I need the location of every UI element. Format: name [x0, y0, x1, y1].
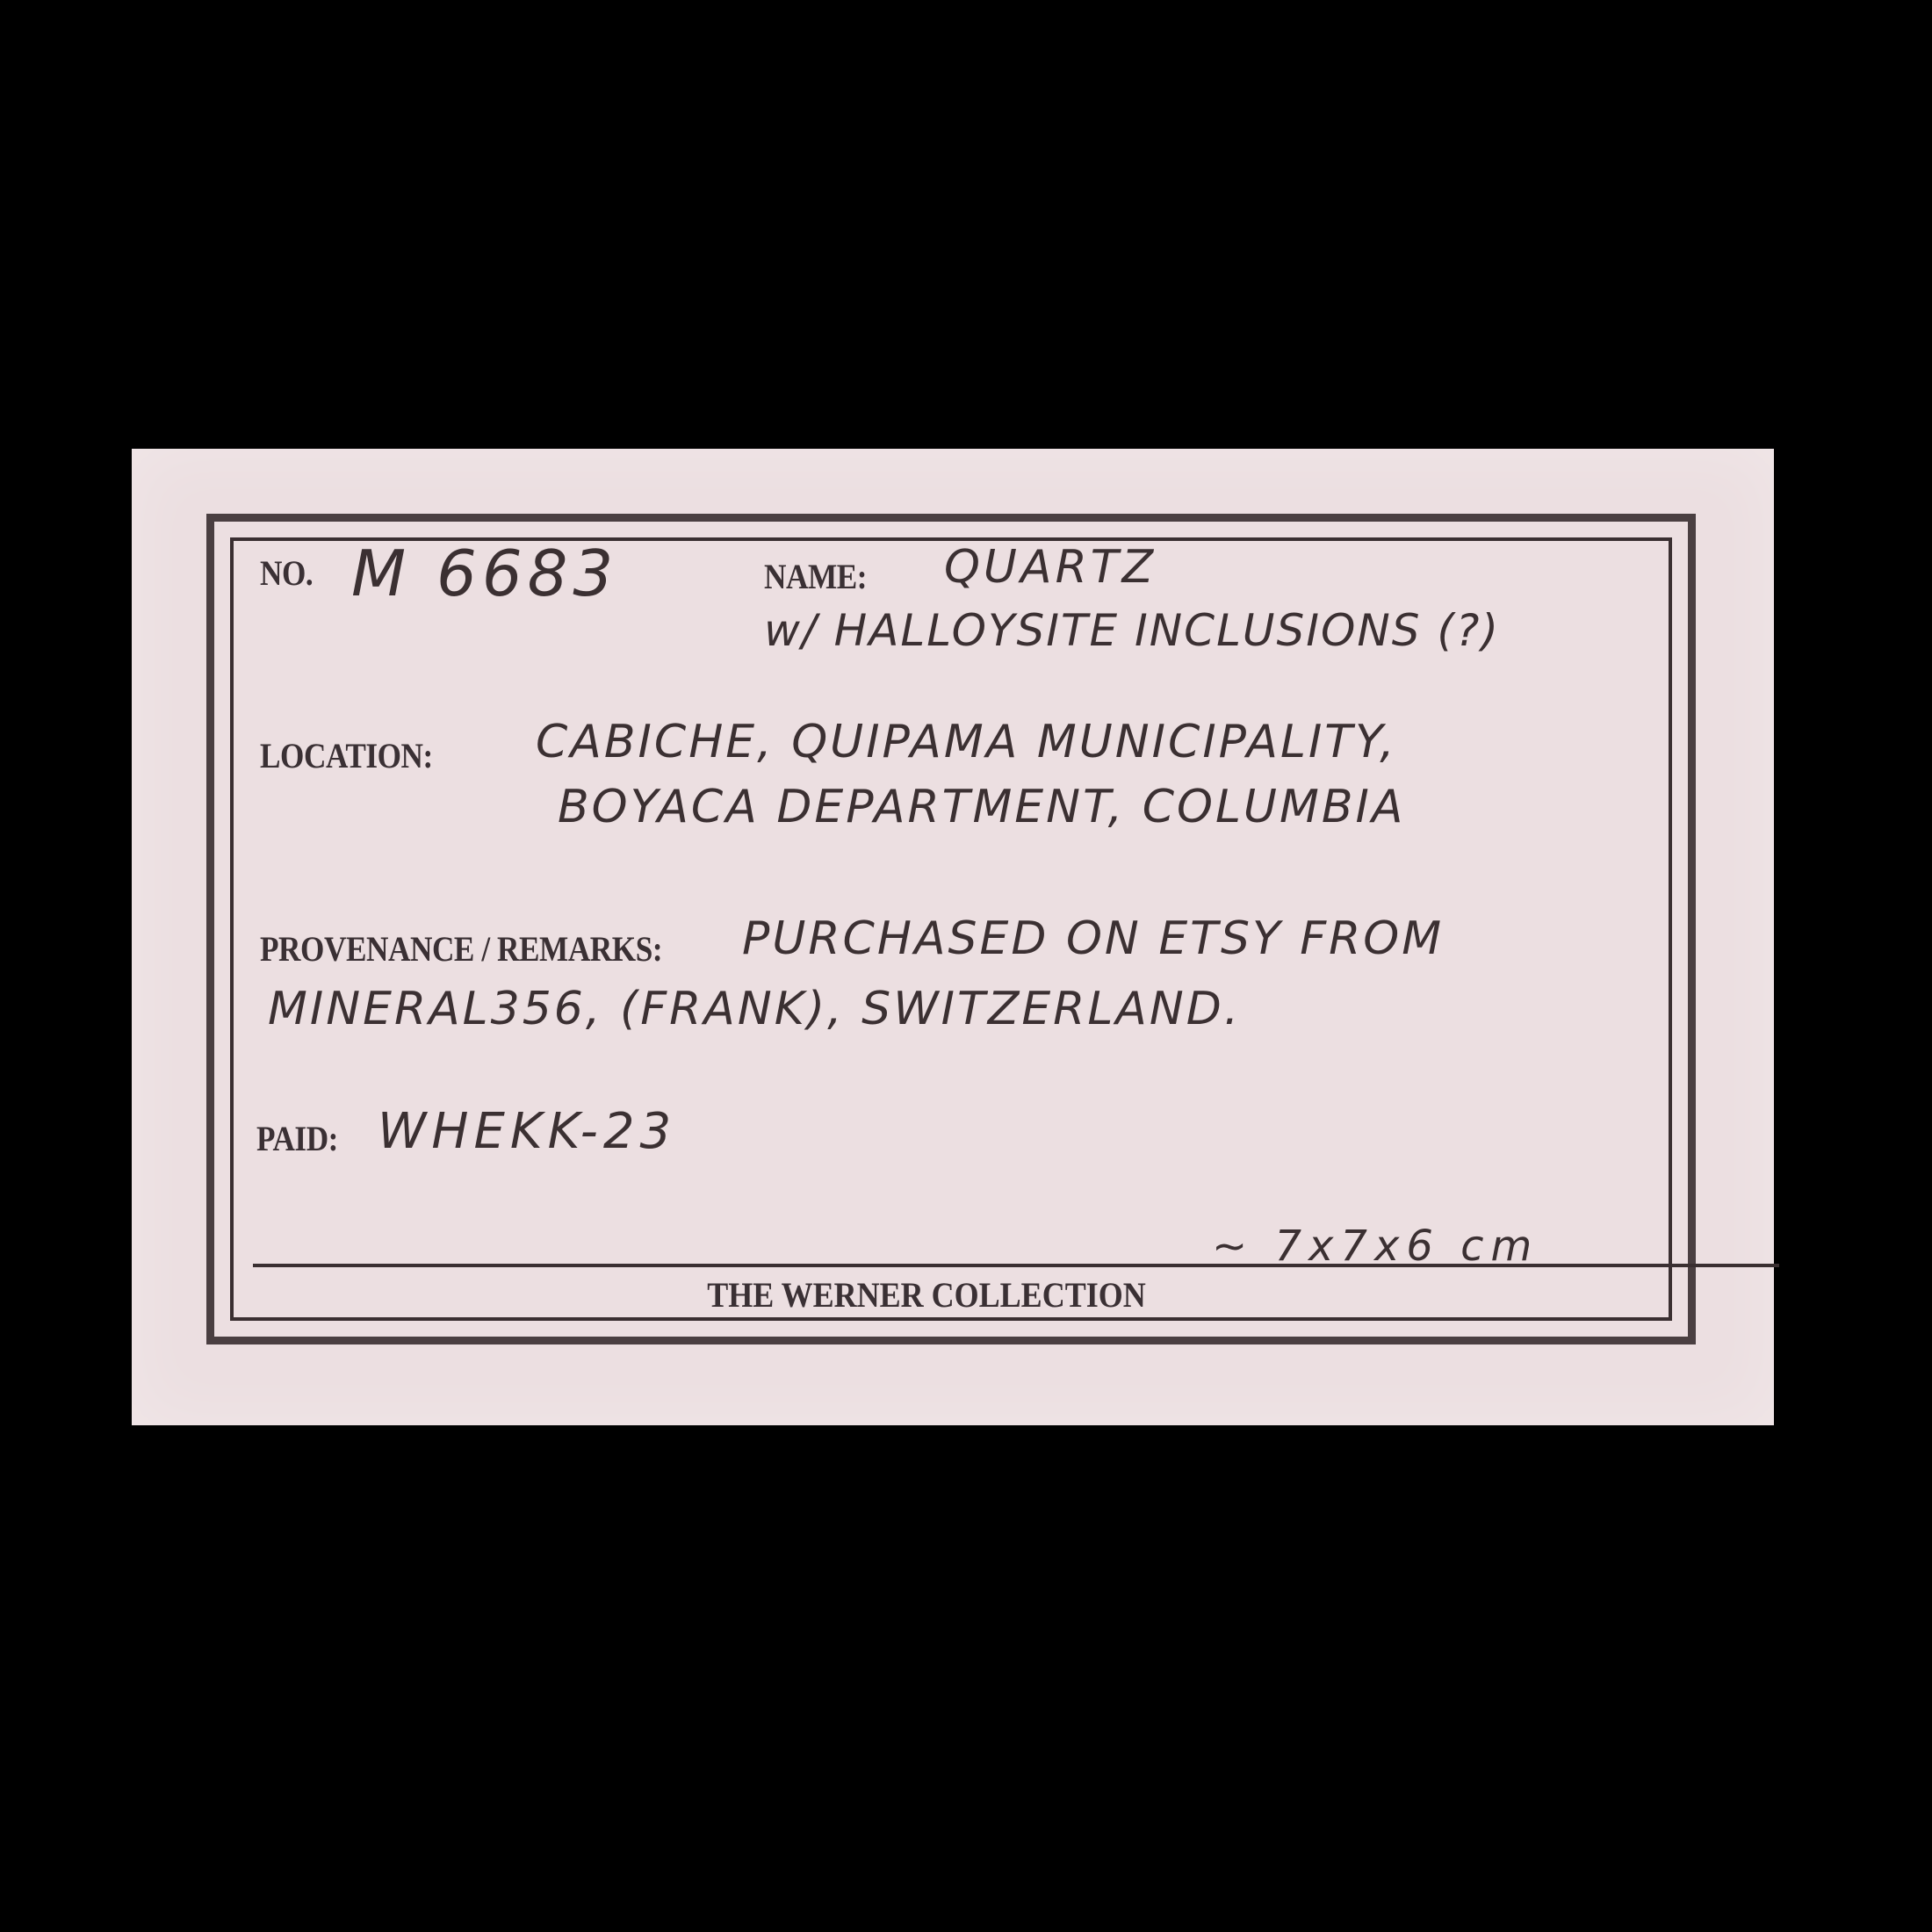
- signature-line: [253, 1264, 1779, 1267]
- name-line-1: QUARTZ: [944, 541, 1157, 594]
- location-line-1: CABICHE, QUIPAMA MUNICIPALITY,: [536, 716, 1397, 768]
- collection-footer: THE WERNER COLLECTION: [212, 1274, 1642, 1316]
- name-line-2: w/ HALLOYSITE INCLUSIONS (?): [764, 605, 1500, 656]
- paid-label: PAID:: [256, 1118, 338, 1159]
- location-label: LOCATION:: [260, 735, 433, 776]
- provenance-line-1: PURCHASED ON ETSY FROM: [742, 912, 1444, 965]
- provenance-label: PROVENANCE / REMARKS:: [260, 928, 662, 970]
- no-label: NO.: [260, 552, 313, 594]
- catalog-number: M 6683: [351, 537, 618, 610]
- name-label: NAME:: [764, 556, 867, 597]
- paid-code: WHEKK-23: [378, 1103, 676, 1160]
- location-line-2: BOYACA DEPARTMENT, COLUMBIA: [558, 781, 1405, 833]
- specimen-label-card: NO. M 6683 NAME: QUARTZ w/ HALLOYSITE IN…: [132, 449, 1774, 1425]
- provenance-line-2: MINERAL356, (FRANK), SWITZERLAND.: [268, 983, 1241, 1035]
